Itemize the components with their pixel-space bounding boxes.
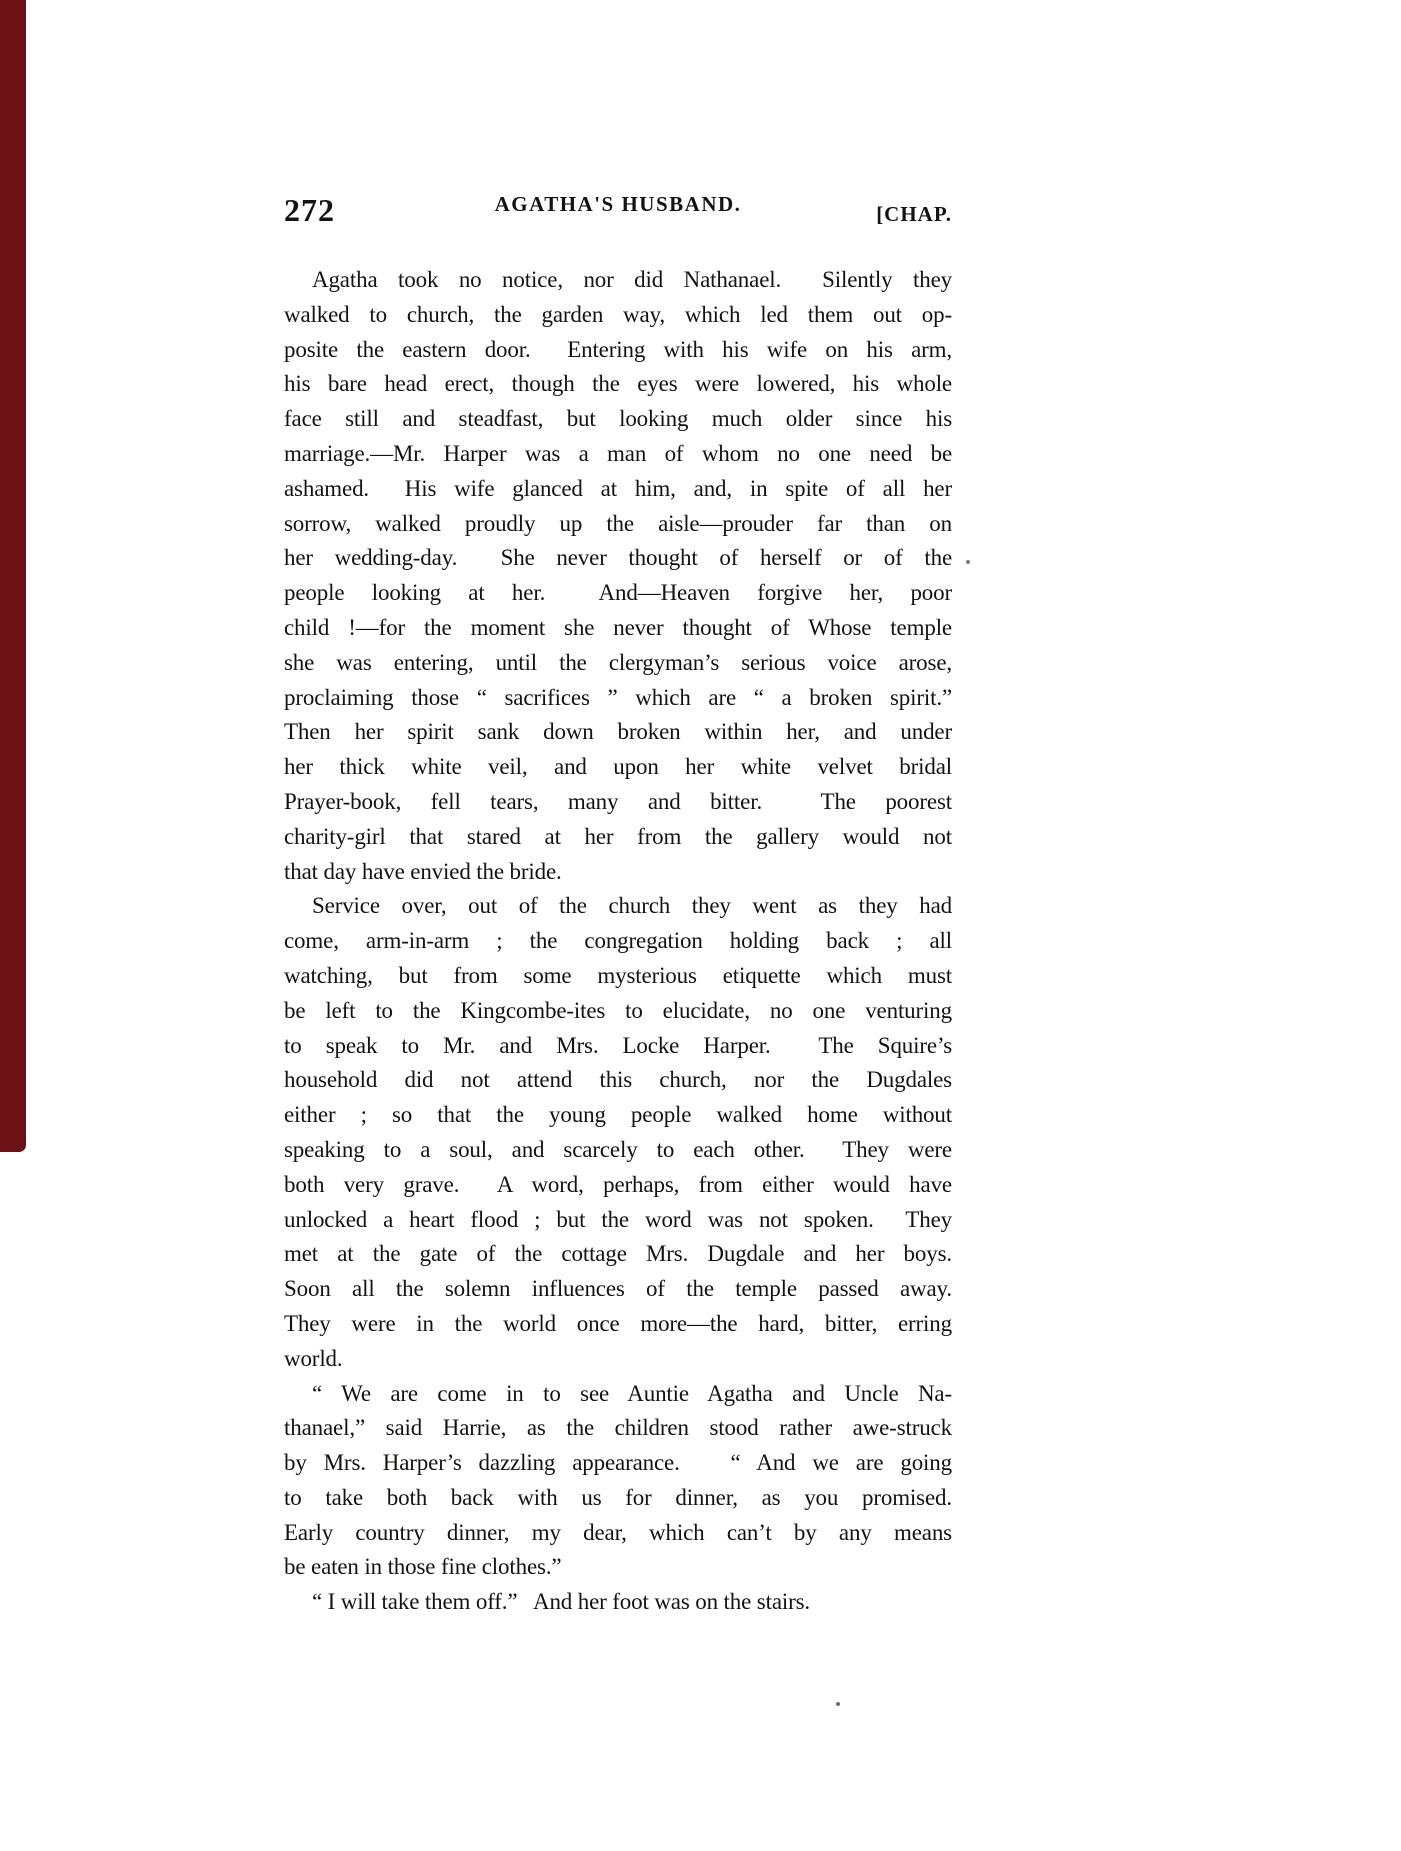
text-line: Prayer-book, fell tears, many and bitter… bbox=[284, 785, 952, 820]
text-line: her wedding-day. She never thought of he… bbox=[284, 541, 952, 576]
text-line: she was entering, until the clergyman’s … bbox=[284, 646, 952, 681]
text-line: either ; so that the young people walked… bbox=[284, 1098, 952, 1133]
text-line: come, arm-in-arm ; the congregation hold… bbox=[284, 924, 952, 959]
text-line: to take both back with us for dinner, as… bbox=[284, 1481, 952, 1516]
text-line: watching, but from some mysterious etiqu… bbox=[284, 959, 952, 994]
scan-speck bbox=[966, 560, 970, 564]
text-line: sorrow, walked proudly up the aisle—prou… bbox=[284, 507, 952, 542]
text-line: by Mrs. Harper’s dazzling appearance. “ … bbox=[284, 1446, 952, 1481]
text-line: “ We are come in to see Auntie Agatha an… bbox=[284, 1377, 952, 1412]
text-line: Soon all the solemn influences of the te… bbox=[284, 1272, 952, 1307]
body-text: Agatha took no notice, nor did Nathanael… bbox=[284, 263, 952, 1620]
text-line: to speak to Mr. and Mrs. Locke Harper. T… bbox=[284, 1029, 952, 1064]
text-line: that day have envied the bride. bbox=[284, 855, 952, 890]
text-line: unlocked a heart flood ; but the word wa… bbox=[284, 1203, 952, 1238]
text-line: ashamed. His wife glanced at him, and, i… bbox=[284, 472, 952, 507]
text-line: both very grave. A word, perhaps, from e… bbox=[284, 1168, 952, 1203]
scan-edge-artifact-bar bbox=[0, 0, 26, 1152]
running-title: AGATHA'S HUSBAND. bbox=[284, 192, 952, 217]
text-line: walked to church, the garden way, which … bbox=[284, 298, 952, 333]
text-line: world. bbox=[284, 1342, 952, 1377]
text-line: “ I will take them off.” And her foot wa… bbox=[284, 1585, 952, 1620]
text-line: marriage.—Mr. Harper was a man of whom n… bbox=[284, 437, 952, 472]
text-line: Early country dinner, my dear, which can… bbox=[284, 1516, 952, 1551]
text-line: posite the eastern door. Entering with h… bbox=[284, 333, 952, 368]
text-line: her thick white veil, and upon her white… bbox=[284, 750, 952, 785]
text-line: Then her spirit sank down broken within … bbox=[284, 715, 952, 750]
text-line: They were in the world once more—the har… bbox=[284, 1307, 952, 1342]
text-line: household did not attend this church, no… bbox=[284, 1063, 952, 1098]
text-line: charity-girl that stared at her from the… bbox=[284, 820, 952, 855]
text-line: thanael,” said Harrie, as the children s… bbox=[284, 1411, 952, 1446]
text-line: be left to the Kingcombe-ites to elucida… bbox=[284, 994, 952, 1029]
scan-speck bbox=[836, 1702, 840, 1706]
text-line: met at the gate of the cottage Mrs. Dugd… bbox=[284, 1237, 952, 1272]
book-page-scan: 272 AGATHA'S HUSBAND. [CHAP. Agatha took… bbox=[0, 0, 1401, 1851]
text-line: proclaiming those “ sacrifices ” which a… bbox=[284, 681, 952, 716]
text-line: be eaten in those fine clothes.” bbox=[284, 1550, 952, 1585]
running-head: 272 AGATHA'S HUSBAND. [CHAP. bbox=[284, 192, 952, 229]
text-line: his bare head erect, though the eyes wer… bbox=[284, 367, 952, 402]
text-line: face still and steadfast, but looking mu… bbox=[284, 402, 952, 437]
text-line: speaking to a soul, and scarcely to each… bbox=[284, 1133, 952, 1168]
text-line: Service over, out of the church they wen… bbox=[284, 889, 952, 924]
text-line: people looking at her. And—Heaven forgiv… bbox=[284, 576, 952, 611]
text-line: Agatha took no notice, nor did Nathanael… bbox=[284, 263, 952, 298]
text-line: child !—for the moment she never thought… bbox=[284, 611, 952, 646]
